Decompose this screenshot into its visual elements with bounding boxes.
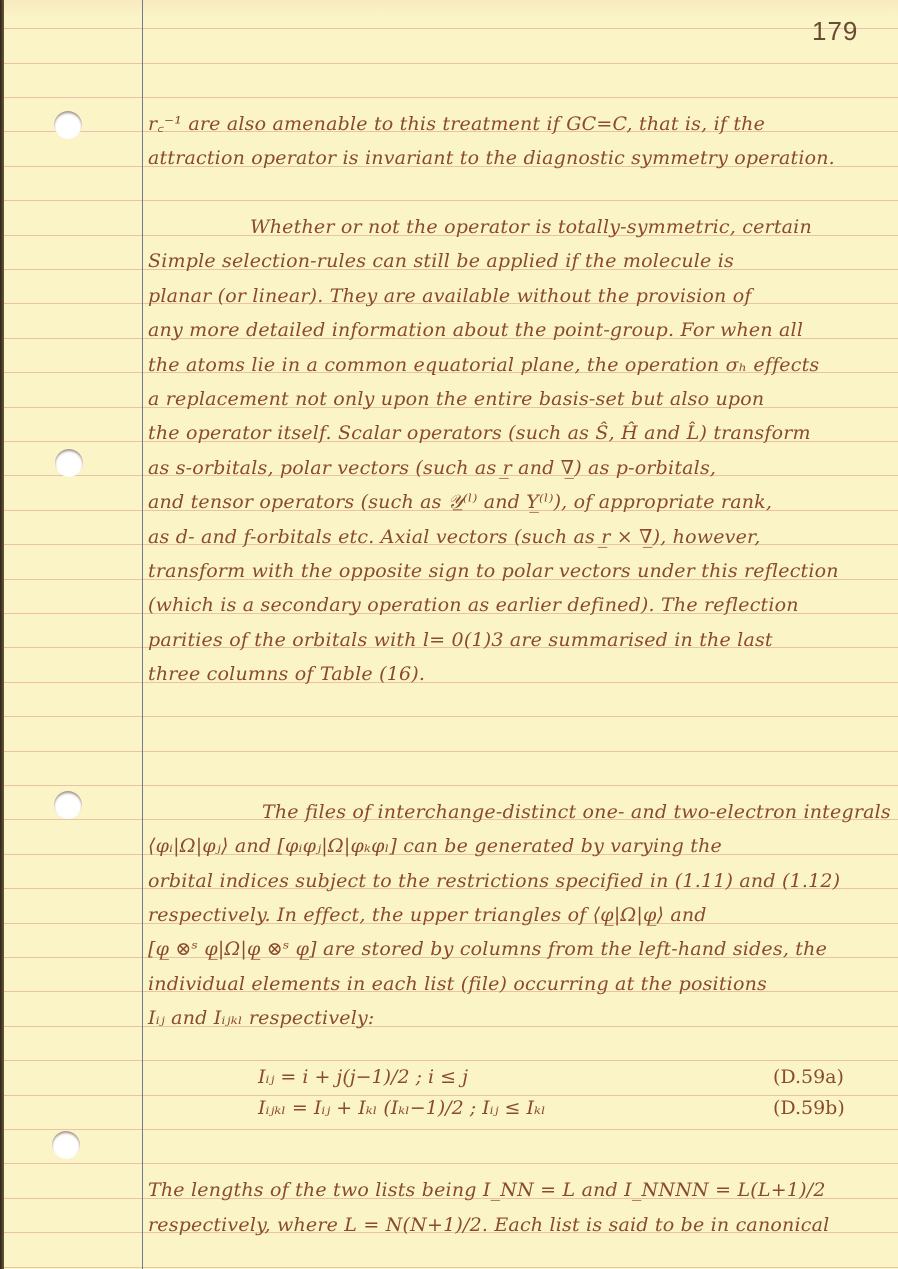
punch-hole bbox=[52, 1131, 80, 1159]
text-line: (which is a secondary operation as earli… bbox=[148, 594, 893, 616]
text-line: Simple selection-rules can still be appl… bbox=[148, 250, 893, 272]
text-line: and tensor operators (such as 𝒴̲⁽ˡ⁾ and … bbox=[148, 491, 893, 513]
punch-hole bbox=[55, 449, 83, 477]
rule-line bbox=[4, 716, 898, 717]
rule-line bbox=[4, 1129, 898, 1130]
text-line: attraction operator is invariant to the … bbox=[148, 147, 893, 169]
rule-line bbox=[4, 785, 898, 786]
equation-d59b: Iᵢⱼₖₗ = Iᵢⱼ + Iₖₗ (Iₖₗ−1)/2 ; Iᵢⱼ ≤ Iₖₗ bbox=[258, 1097, 546, 1119]
text-line: Whether or not the operator is totally-s… bbox=[250, 216, 898, 238]
text-line: a replacement not only upon the entire b… bbox=[148, 388, 893, 410]
rule-line bbox=[4, 1163, 898, 1164]
text-line: as d- and f-orbitals etc. Axial vectors … bbox=[148, 526, 893, 548]
text-line: The files of interchange-distinct one- a… bbox=[262, 801, 898, 823]
margin-line bbox=[142, 0, 143, 1269]
text-line: individual elements in each list (file) … bbox=[148, 973, 893, 995]
text-line: as s-orbitals, polar vectors (such as r̲… bbox=[148, 457, 893, 479]
page-edge-shadow bbox=[0, 0, 4, 1269]
text-line: respectively. In effect, the upper trian… bbox=[148, 904, 893, 926]
text-line: ⟨φᵢ|Ω|φⱼ⟩ and [φᵢφⱼ|Ω|φₖφₗ] can be gener… bbox=[148, 835, 893, 857]
text-line: the atoms lie in a common equatorial pla… bbox=[148, 354, 893, 376]
rule-line bbox=[4, 1060, 898, 1061]
text-line: transform with the opposite sign to pola… bbox=[148, 560, 893, 582]
text-line: The lengths of the two lists being I_NN … bbox=[148, 1179, 893, 1201]
text-line: planar (or linear). They are available w… bbox=[148, 285, 893, 307]
text-line: respectively, where L = N(N+1)/2. Each l… bbox=[148, 1214, 893, 1236]
text-line: Iᵢⱼ and Iᵢⱼₖₗ respectively: bbox=[148, 1007, 893, 1029]
rule-line bbox=[4, 63, 898, 64]
rule-line bbox=[4, 97, 898, 98]
text-line: any more detailed information about the … bbox=[148, 319, 893, 341]
equation-label-d59a: (D.59a) bbox=[773, 1066, 844, 1088]
rule-line bbox=[4, 28, 898, 29]
equation-d59a: Iᵢⱼ = i + j(j−1)/2 ; i ≤ j bbox=[258, 1066, 468, 1088]
rule-line bbox=[4, 1267, 898, 1268]
punch-hole bbox=[54, 111, 82, 139]
text-line: orbital indices subject to the restricti… bbox=[148, 870, 893, 892]
text-line: the operator itself. Scalar operators (s… bbox=[148, 422, 893, 444]
notebook-page: 179 r꜀⁻¹ are also amenable to this treat… bbox=[0, 0, 898, 1269]
text-line: three columns of Table (16). bbox=[148, 663, 893, 685]
rule-line bbox=[4, 1095, 898, 1096]
page-number: 179 bbox=[812, 16, 858, 47]
text-line: r꜀⁻¹ are also amenable to this treatment… bbox=[148, 113, 893, 135]
text-line: [φ̲ ⊗ˢ φ̲|Ω|φ̲ ⊗ˢ φ̲] are stored by colu… bbox=[148, 938, 893, 960]
text-line: parities of the orbitals with l= 0(1)3 a… bbox=[148, 629, 893, 651]
equation-label-d59b: (D.59b) bbox=[773, 1097, 845, 1119]
punch-hole bbox=[54, 791, 82, 819]
rule-line bbox=[4, 751, 898, 752]
rule-line bbox=[4, 200, 898, 201]
